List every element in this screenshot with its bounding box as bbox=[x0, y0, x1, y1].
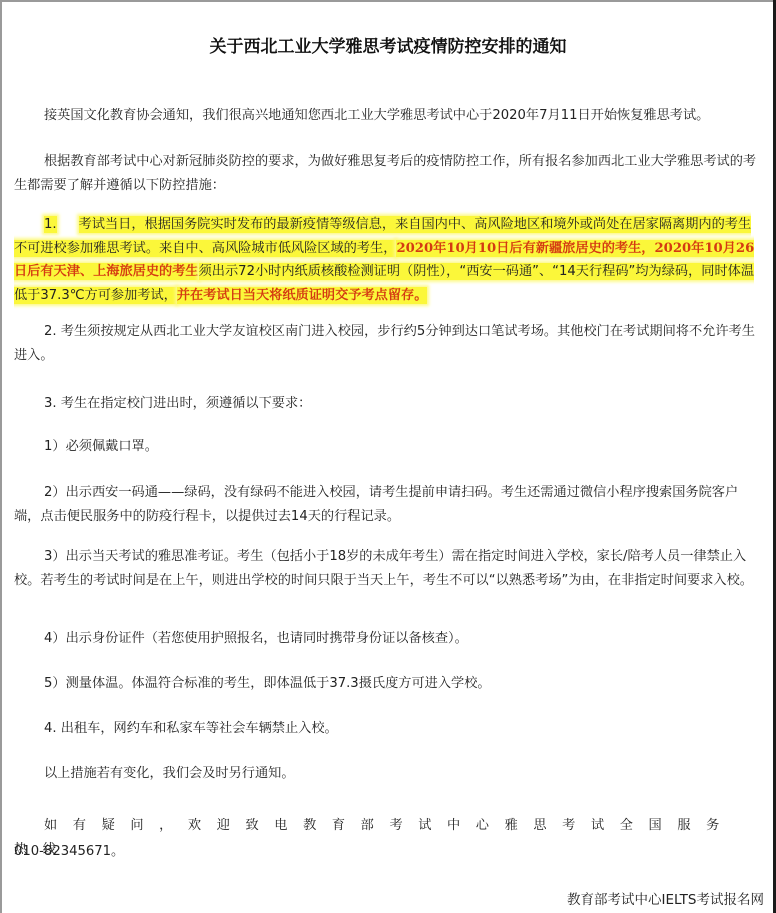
sub-item-4: 4）出示身份证件（若您使用护照报名，也请同时携带身份证以备核查）。 bbox=[14, 627, 760, 651]
sub-item-3: 3）出示当天考试的雅思准考证。考生（包括小于18岁的未成年考生）需在指定时间进入… bbox=[14, 545, 760, 593]
hotline-number: 010-82345671。 bbox=[14, 840, 760, 864]
basis-paragraph: 根据教育部考试中心对新冠肺炎防控的要求，为做好雅思复考后的疫情防控工作，所有报名… bbox=[14, 150, 760, 198]
item-4-paragraph: 4. 出租车，网约车和私家车等社会车辆禁止入校。 bbox=[14, 717, 760, 741]
item-2-paragraph: 2. 考生须按规定从西北工业大学友谊校区南门进入校园，步行约5分钟到达口笔试考场… bbox=[14, 320, 760, 368]
highlighted-item-1: 1.考试当日，根据国务院实时发布的最新疫情等级信息，来自国内中、高风险地区和境外… bbox=[14, 213, 760, 307]
document-title: 关于西北工业大学雅思考试疫情防控安排的通知 bbox=[0, 32, 776, 57]
sub-item-5: 5）测量体温。体温符合标准的考生，即体温低于37.3摄氏度方可进入学校。 bbox=[14, 672, 760, 696]
source-credit: 教育部考试中心IELTS考试报名网 bbox=[567, 888, 764, 908]
change-notice: 以上措施若有变化，我们会及时另行通知。 bbox=[14, 762, 760, 786]
item-1-number: 1. bbox=[44, 216, 57, 233]
sub-item-1: 1）必须佩戴口罩。 bbox=[14, 435, 760, 459]
item-3-paragraph: 3. 考生在指定校门进出时，须遵循以下要求： bbox=[14, 392, 760, 416]
intro-paragraph: 接英国文化教育协会通知，我们很高兴地通知您西北工业大学雅思考试中心于2020年7… bbox=[14, 104, 760, 128]
item-1-emphasis-b: 并在考试日当天将纸质证明交予考点留存。 bbox=[177, 287, 428, 304]
sub-item-2: 2）出示西安一码通——绿码，没有绿码不能进入校园，请考生提前申请扫码。考生还需通… bbox=[14, 481, 760, 529]
